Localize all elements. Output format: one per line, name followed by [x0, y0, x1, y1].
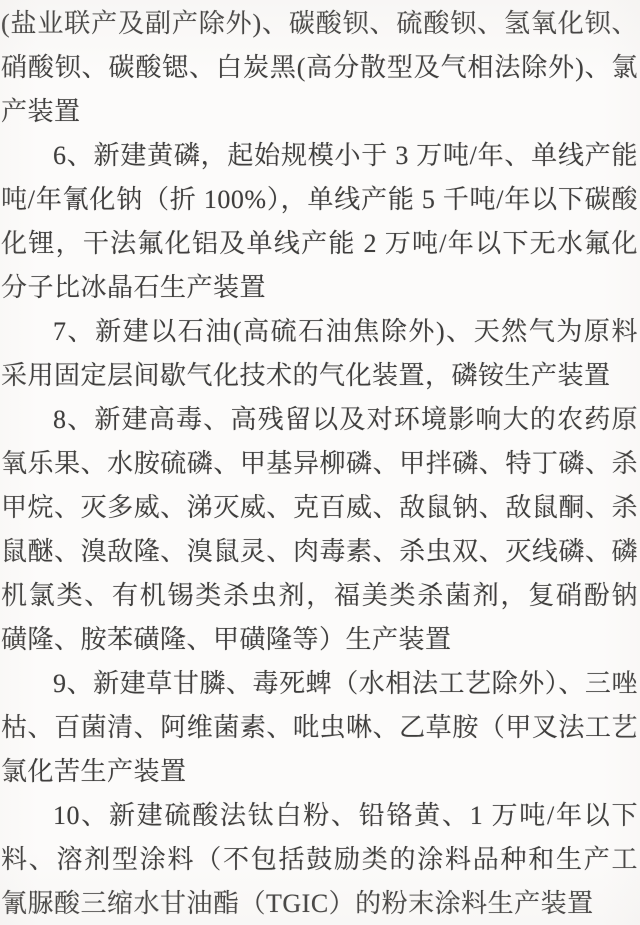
text-line: 化锂，干法氟化铝及单线产能 2 万吨/年以下无水氟化铝或中低: [1, 222, 638, 266]
text-line: 10、新建硫酸法钛白粉、铅铬黄、1 万吨/年以下氧化铁系颜: [1, 794, 638, 838]
text-line: 氯化苦生产装置: [1, 750, 638, 794]
text-line: 机氯类、有机锡类杀虫剂，福美类杀菌剂，复硝酚钠（钾）、氯: [1, 574, 638, 618]
text-line: 6、新建黄磷，起始规模小于 3 万吨/年、单线产能小于 1 万: [1, 134, 638, 178]
text-line: 鼠醚、溴敌隆、溴鼠灵、肉毒素、杀虫双、灭线磷、磷化铝，有: [1, 530, 638, 574]
text-line: 产装置: [1, 90, 638, 134]
text-line: 8、新建高毒、高残留以及对环境影响大的农药原药（包括: [1, 398, 638, 442]
text-line: 采用固定层间歇气化技术的气化装置，磷铵生产装置: [1, 354, 638, 398]
text-line: 7、新建以石油(高硫石油焦除外)、天然气为原料的氮肥装置，: [1, 310, 638, 354]
text-line: 磺隆、胺苯磺隆、甲磺隆等）生产装置: [1, 618, 638, 662]
text-line: 吨/年氰化钠（折 100%），单线产能 5 千吨/年以下碳酸锂、氢氧: [1, 178, 638, 222]
text-line: 枯、百菌清、阿维菌素、吡虫啉、乙草胺（甲叉法工艺除外）、: [1, 706, 638, 750]
text-line: 硝酸钡、碳酸锶、白炭黑(高分散型及气相法除外)、氯化胆碱生: [1, 46, 638, 90]
text-line: 氧乐果、水胺硫磷、甲基异柳磷、甲拌磷、特丁磷、杀扑磷、溴: [1, 442, 638, 486]
document-page: (盐业联产及副产除外)、碳酸钡、硫酸钡、氢氧化钡、氯化钡、硝酸钡、碳酸锶、白炭黑…: [0, 0, 640, 925]
text-line: 氰脲酸三缩水甘油酯（TGIC）的粉末涂料生产装置: [1, 882, 638, 925]
text-line: 料、溶剂型涂料（不包括鼓励类的涂料品种和生产工艺）、含异: [1, 838, 638, 882]
document-body: (盐业联产及副产除外)、碳酸钡、硫酸钡、氢氧化钡、氯化钡、硝酸钡、碳酸锶、白炭黑…: [0, 0, 640, 925]
text-line: 甲烷、灭多威、涕灭威、克百威、敌鼠钠、敌鼠酮、杀鼠灵、杀: [1, 486, 638, 530]
text-line: 分子比冰晶石生产装置: [1, 266, 638, 310]
text-line: (盐业联产及副产除外)、碳酸钡、硫酸钡、氢氧化钡、氯化钡、: [1, 2, 638, 46]
text-line: 9、新建草甘膦、毒死蜱（水相法工艺除外）、三唑磷、百草: [1, 662, 638, 706]
